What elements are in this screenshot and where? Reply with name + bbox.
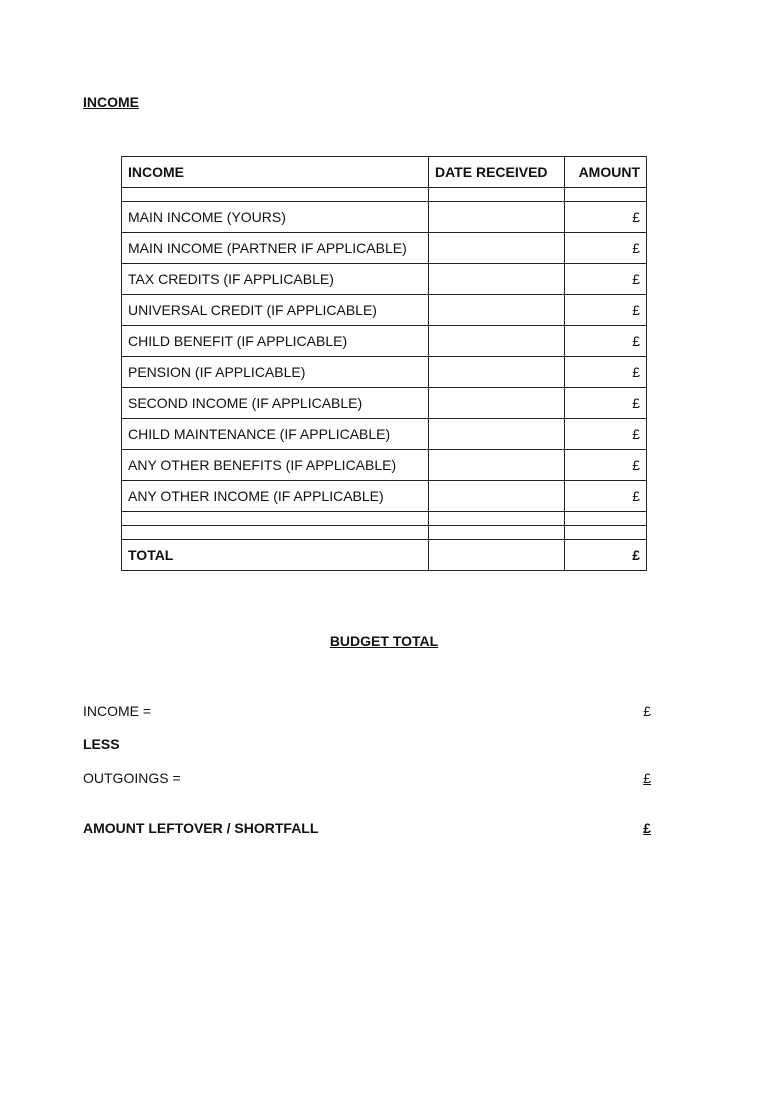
budget-total-heading: BUDGET TOTAL bbox=[0, 633, 768, 649]
cell[interactable] bbox=[122, 188, 429, 202]
income-label-cell: TAX CREDITS (IF APPLICABLE) bbox=[122, 264, 429, 295]
table-row: SECOND INCOME (IF APPLICABLE)£ bbox=[122, 388, 647, 419]
date-received-cell[interactable] bbox=[429, 481, 565, 512]
income-table: INCOME DATE RECEIVED AMOUNT MAIN INCOME … bbox=[121, 156, 647, 571]
budget-leftover-line: AMOUNT LEFTOVER / SHORTFALL £ bbox=[83, 820, 651, 836]
table-row: CHILD BENEFIT (IF APPLICABLE)£ bbox=[122, 326, 647, 357]
header-income: INCOME bbox=[122, 157, 429, 188]
cell[interactable] bbox=[122, 512, 429, 526]
amount-cell[interactable]: £ bbox=[565, 388, 647, 419]
date-received-cell[interactable] bbox=[429, 233, 565, 264]
income-label-cell: CHILD MAINTENANCE (IF APPLICABLE) bbox=[122, 419, 429, 450]
amount-cell[interactable]: £ bbox=[565, 264, 647, 295]
cell[interactable] bbox=[429, 512, 565, 526]
total-date-cell[interactable] bbox=[429, 540, 565, 571]
income-heading: INCOME bbox=[83, 94, 139, 110]
budget-outgoings-line: OUTGOINGS = £ bbox=[83, 770, 651, 786]
date-received-cell[interactable] bbox=[429, 357, 565, 388]
table-row: MAIN INCOME (PARTNER IF APPLICABLE)£ bbox=[122, 233, 647, 264]
income-label-cell: SECOND INCOME (IF APPLICABLE) bbox=[122, 388, 429, 419]
date-received-cell[interactable] bbox=[429, 326, 565, 357]
income-label-cell: MAIN INCOME (YOURS) bbox=[122, 202, 429, 233]
date-received-cell[interactable] bbox=[429, 419, 565, 450]
spacer-row bbox=[122, 188, 647, 202]
budget-leftover-value[interactable]: £ bbox=[643, 820, 651, 836]
income-label-cell: ANY OTHER INCOME (IF APPLICABLE) bbox=[122, 481, 429, 512]
cell[interactable] bbox=[429, 526, 565, 540]
budget-income-line: INCOME = £ bbox=[83, 703, 651, 719]
budget-less-line: LESS bbox=[83, 736, 651, 752]
date-received-cell[interactable] bbox=[429, 450, 565, 481]
total-label: TOTAL bbox=[122, 540, 429, 571]
header-amount: AMOUNT bbox=[565, 157, 647, 188]
amount-cell[interactable]: £ bbox=[565, 450, 647, 481]
cell[interactable] bbox=[565, 512, 647, 526]
cell[interactable] bbox=[429, 188, 565, 202]
amount-cell[interactable]: £ bbox=[565, 202, 647, 233]
date-received-cell[interactable] bbox=[429, 295, 565, 326]
table-row: ANY OTHER BENEFITS (IF APPLICABLE)£ bbox=[122, 450, 647, 481]
amount-cell[interactable]: £ bbox=[565, 326, 647, 357]
budget-outgoings-value[interactable]: £ bbox=[643, 770, 651, 786]
total-row: TOTAL£ bbox=[122, 540, 647, 571]
income-label-cell: ANY OTHER BENEFITS (IF APPLICABLE) bbox=[122, 450, 429, 481]
budget-income-value[interactable]: £ bbox=[643, 703, 651, 719]
budget-outgoings-label: OUTGOINGS = bbox=[83, 770, 181, 786]
amount-cell[interactable]: £ bbox=[565, 233, 647, 264]
cell[interactable] bbox=[122, 526, 429, 540]
date-received-cell[interactable] bbox=[429, 264, 565, 295]
table-row: CHILD MAINTENANCE (IF APPLICABLE)£ bbox=[122, 419, 647, 450]
income-label-cell: PENSION (IF APPLICABLE) bbox=[122, 357, 429, 388]
date-received-cell[interactable] bbox=[429, 202, 565, 233]
income-label-cell: UNIVERSAL CREDIT (IF APPLICABLE) bbox=[122, 295, 429, 326]
table-row: MAIN INCOME (YOURS)£ bbox=[122, 202, 647, 233]
amount-cell[interactable]: £ bbox=[565, 481, 647, 512]
income-label-cell: CHILD BENEFIT (IF APPLICABLE) bbox=[122, 326, 429, 357]
budget-less-label: LESS bbox=[83, 736, 120, 752]
budget-leftover-label: AMOUNT LEFTOVER / SHORTFALL bbox=[83, 820, 318, 836]
header-date-received: DATE RECEIVED bbox=[429, 157, 565, 188]
amount-cell[interactable]: £ bbox=[565, 295, 647, 326]
total-amount-cell[interactable]: £ bbox=[565, 540, 647, 571]
table-header-row: INCOME DATE RECEIVED AMOUNT bbox=[122, 157, 647, 188]
table-row: UNIVERSAL CREDIT (IF APPLICABLE)£ bbox=[122, 295, 647, 326]
table-row: PENSION (IF APPLICABLE)£ bbox=[122, 357, 647, 388]
budget-income-label: INCOME = bbox=[83, 703, 151, 719]
income-label-cell: MAIN INCOME (PARTNER IF APPLICABLE) bbox=[122, 233, 429, 264]
date-received-cell[interactable] bbox=[429, 388, 565, 419]
cell[interactable] bbox=[565, 526, 647, 540]
cell[interactable] bbox=[565, 188, 647, 202]
amount-cell[interactable]: £ bbox=[565, 419, 647, 450]
spacer-row bbox=[122, 526, 647, 540]
table-row: ANY OTHER INCOME (IF APPLICABLE)£ bbox=[122, 481, 647, 512]
amount-cell[interactable]: £ bbox=[565, 357, 647, 388]
spacer-row bbox=[122, 512, 647, 526]
table-row: TAX CREDITS (IF APPLICABLE)£ bbox=[122, 264, 647, 295]
